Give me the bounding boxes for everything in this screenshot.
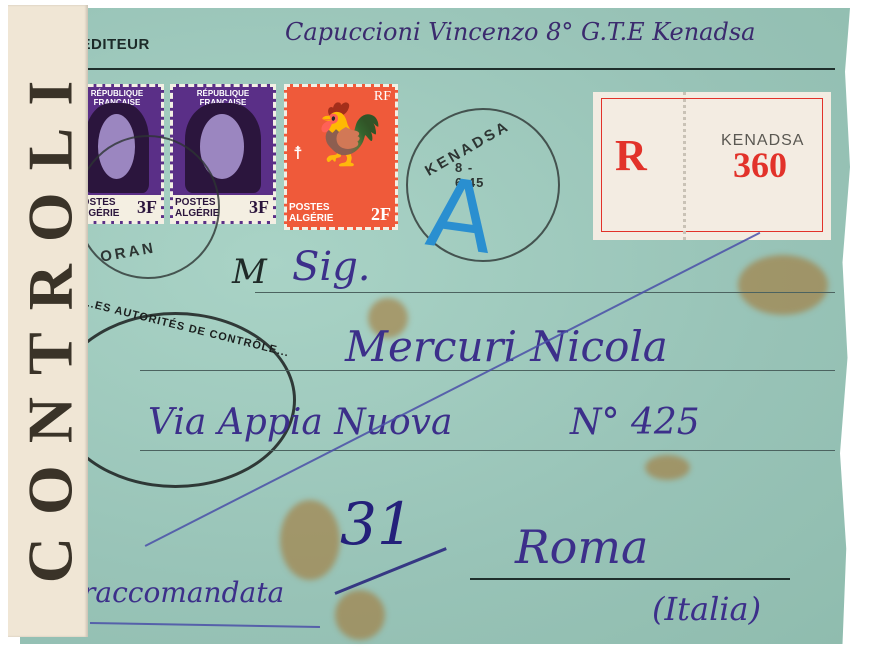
censor-strip-text: CONTROLI (13, 59, 87, 584)
registered-note: raccomandata (82, 576, 284, 609)
cross-of-lorraine-icon: ☨ (293, 143, 303, 164)
address-title: Sig. (292, 244, 371, 290)
sender-name: Capuccioni Vincenzo 8° G.T.E Kenadsa (285, 18, 755, 46)
stamp-rooster: RF 🐓 ☨ POSTES ALGÉRIE 2F (284, 84, 398, 230)
sender-rule (80, 68, 835, 70)
address-rule (470, 578, 790, 580)
censor-strip-text-wrap: CONTROLI (10, 5, 90, 637)
stamp-value: 3F (249, 197, 269, 218)
stamp-value: 2F (371, 204, 391, 225)
torn-edge (835, 8, 860, 644)
registration-perforation (683, 92, 686, 240)
censor-strip: CONTROLI (8, 5, 88, 637)
censor-handstamp (55, 312, 296, 488)
registration-letter: R (615, 130, 647, 181)
stamp-text: POSTES ALGÉRIE (289, 202, 349, 224)
stain (738, 255, 828, 315)
stain (645, 455, 690, 480)
registration-number: 360 (733, 144, 787, 186)
rooster-icon: 🐓 (311, 105, 386, 165)
stain (280, 500, 340, 580)
address-country: (Italia) (652, 590, 761, 628)
address-city: Roma (515, 520, 648, 574)
address-rule (255, 292, 835, 293)
address-rule (140, 450, 835, 451)
address-street: Via Appia Nuova (148, 402, 452, 443)
stain (335, 590, 385, 640)
address-name: Mercuri Nicola (345, 322, 668, 371)
address-number: N° 425 (570, 402, 700, 443)
address-salutation: M (232, 252, 267, 292)
registration-label: R KENADSA 360 (593, 92, 831, 240)
postal-code: 31 (340, 490, 414, 558)
